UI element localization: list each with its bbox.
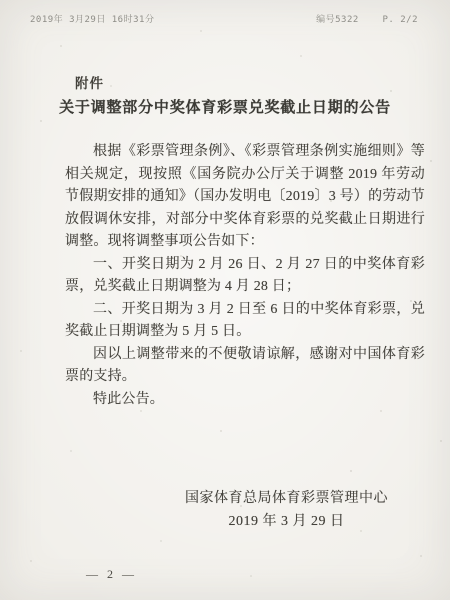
scanned-document-page: 2019年 3月29日 16时31分 编号5322 P. 2/2 附件 关于调整…	[0, 0, 450, 600]
body-paragraph-3: 二、开奖日期为 3 月 2 日至 6 日的中奖体育彩票，兑奖截止日期调整为 5 …	[65, 299, 425, 344]
document-body: 根据《彩票管理条例》、《彩票管理条例实施细则》等相关规定，现按照《国务院办公厅关…	[65, 141, 425, 411]
signature-organization: 国家体育总局体育彩票管理中心	[185, 487, 388, 510]
fax-page-info: 编号5322 P. 2/2	[316, 12, 418, 25]
attachment-label: 附件	[75, 72, 104, 92]
fax-header: 2019年 3月29日 16时31分 编号5322 P. 2/2	[30, 12, 418, 25]
document-title: 关于调整部分中奖体育彩票兑奖截止日期的公告	[0, 96, 450, 117]
body-paragraph-5: 特此公告。	[65, 389, 425, 412]
fax-datetime: 2019年 3月29日 16时31分	[30, 12, 154, 25]
body-paragraph-1: 根据《彩票管理条例》、《彩票管理条例实施细则》等相关规定，现按照《国务院办公厅关…	[65, 141, 425, 254]
signature-date: 2019 年 3 月 29 日	[185, 510, 388, 533]
body-paragraph-4: 因以上调整带来的不便敬请谅解，感谢对中国体育彩票的支持。	[65, 344, 425, 389]
page-number: — 2 —	[86, 567, 137, 582]
body-paragraph-2: 一、开奖日期为 2 月 26 日、2 月 27 日的中奖体育彩票，兑奖截止日期调…	[65, 254, 425, 299]
signature-block: 国家体育总局体育彩票管理中心 2019 年 3 月 29 日	[185, 487, 388, 533]
